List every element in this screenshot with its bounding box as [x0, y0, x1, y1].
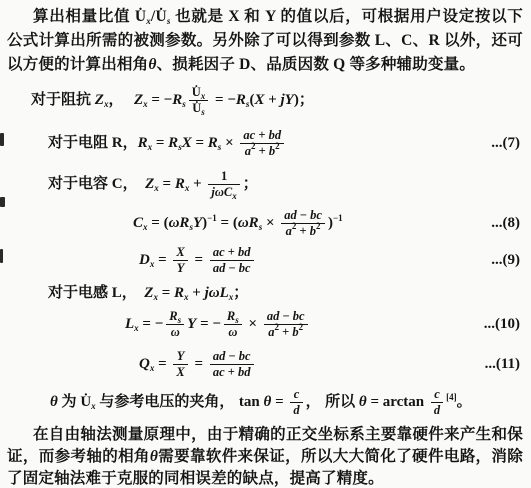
equation-8-row: Cx = (ωRsY)−1 = (ωRs × ad − bca2 + b2)−1…	[7, 205, 523, 241]
text-run: bc	[310, 208, 322, 222]
text-run: Z	[134, 91, 143, 107]
fraction-denominator: d	[431, 402, 443, 418]
superscript: 2	[316, 221, 321, 231]
subscript: x	[232, 191, 237, 201]
text-run: U̇	[192, 85, 201, 99]
text-run: 为	[58, 393, 81, 409]
fraction-numerator: X	[173, 245, 187, 260]
text-run: 对于电阻 R，	[48, 134, 138, 150]
equation-7-row: 对于电阻 R，Rx = RsX = Rs × ac + bda2 + b2 ..…	[7, 123, 523, 163]
intro-paragraph: 算出相量比值 U̇x/U̇s 也就是 X 和 Y 的值以后，可根据用户设定按以下…	[7, 5, 523, 77]
text-run: D	[139, 251, 150, 267]
fraction: ad − bcac + bd	[210, 349, 254, 380]
fraction-denominator: ω	[166, 324, 184, 340]
text-run: =	[271, 393, 287, 409]
text-run: U̇	[155, 8, 166, 25]
text-run: θ	[50, 393, 58, 409]
fraction-denominator: a2 + b2	[240, 143, 284, 159]
text-run: ×	[245, 315, 261, 331]
text-run: X	[182, 134, 192, 150]
text-run: R	[249, 214, 259, 230]
text-run: 与参考电压的夹角，	[96, 393, 235, 409]
equation-10-row: Lx = −RsωY = −Rsω × ad − bca2 + b2 ...(1…	[7, 303, 523, 345]
equation-7-number: ...(7)	[491, 135, 523, 152]
capacitance-formula: 对于电容 C，Zx = Rx + 1jωCx；	[48, 169, 258, 200]
text-run: ×	[262, 214, 278, 230]
scan-smudge: ′,	[466, 450, 471, 461]
text-run: c	[434, 387, 440, 401]
fraction-denominator: X	[173, 364, 187, 380]
text-run: 、损耗因子 D、品质因数 Q 等多种辅助变量。	[157, 56, 475, 73]
text-run: =	[191, 355, 207, 371]
fraction-denominator: a2 + b2	[281, 223, 325, 239]
text-run: R	[172, 91, 182, 107]
text-run: +	[225, 245, 238, 259]
text-run: U̇	[80, 393, 91, 409]
equation-11-row: Qx = YX = ad − bcac + bd ...(11)	[7, 345, 523, 383]
text-run: θ	[150, 448, 158, 465]
text-run: +	[189, 175, 205, 191]
scan-artifact	[0, 249, 3, 263]
text-run: =	[192, 134, 208, 150]
text-run: Y	[177, 261, 185, 275]
text-run: ad	[284, 208, 297, 222]
text-run: 1	[221, 169, 227, 183]
text-run: jY	[281, 91, 294, 107]
text-run: ad	[267, 309, 280, 323]
text-run: R	[227, 309, 235, 323]
text-run: R	[236, 91, 246, 107]
text-run: R	[168, 134, 178, 150]
text-run: ac	[243, 128, 255, 142]
fraction-denominator: ad − bc	[210, 260, 254, 276]
text-run: +	[189, 285, 205, 301]
text-run: ad	[213, 261, 226, 275]
text-run: +	[225, 365, 238, 379]
text-run: ac	[213, 365, 225, 379]
superscript: −1	[207, 212, 217, 222]
fraction-numerator: ad − bc	[210, 349, 254, 364]
equation-9: Dx = XY = ac + bdad − bc	[139, 245, 257, 276]
text-run: Y	[187, 315, 196, 331]
text-run: bd	[238, 365, 251, 379]
text-run: ω	[238, 214, 249, 230]
equation-7: 对于电阻 R，Rx = RsX = Rs × ac + bda2 + b2	[48, 128, 287, 159]
equation-9-row: Dx = XY = ac + bdad − bc ...(9)	[7, 241, 523, 279]
equation-10-number: ...(10)	[484, 316, 523, 333]
fraction-denominator: Y	[173, 260, 187, 276]
fraction-denominator: ω	[224, 324, 242, 340]
text-run: bc	[239, 349, 251, 363]
text-run: )；	[294, 91, 314, 107]
fraction: ad − bca2 + b2	[281, 208, 325, 239]
text-run: U̇	[135, 8, 146, 25]
text-run: +	[264, 91, 280, 107]
equation-10: Lx = −RsωY = −Rsω × ad − bca2 + b2	[125, 309, 311, 340]
fraction: cd	[431, 387, 443, 418]
equation-9-number: ...(9)	[491, 252, 523, 269]
text-run: +	[255, 128, 268, 142]
text-run: bc	[293, 309, 305, 323]
text-run: = (	[217, 214, 238, 230]
fraction-denominator: ac + bd	[210, 364, 254, 380]
document-page: ′, 算出相量比值 U̇x/U̇s 也就是 X 和 Y 的值以后，可根据用户设定…	[0, 0, 531, 488]
text-run: =	[191, 251, 207, 267]
fraction-numerator: c	[431, 387, 443, 402]
impedance-line: 对于阻抗 Zx，Zx = −RsU̇xU̇s = −Rs(X + jY)；	[7, 77, 523, 123]
text-run: X	[176, 365, 184, 379]
fraction: cd	[290, 387, 302, 418]
text-run: Z	[145, 175, 154, 191]
text-run: bd	[269, 128, 282, 142]
text-run: bc	[239, 261, 251, 275]
text-run: ω	[171, 325, 180, 339]
fraction: XY	[173, 245, 187, 276]
text-run: ad	[213, 349, 226, 363]
text-run: = (	[148, 214, 169, 230]
text-run: −	[225, 349, 238, 363]
fraction-numerator: 1	[208, 169, 239, 184]
closing-paragraph: 在自由轴法测量原理中，由于精确的正交坐标系主要靠硬件来产生和保证，而参考轴的相角…	[7, 424, 523, 488]
inductance-formula: 对于电感 L，Zx = Rx + jωLx；	[48, 281, 248, 302]
text-run: θ	[148, 56, 156, 73]
fraction: 1jωCx	[208, 169, 239, 200]
text-run: tan	[239, 393, 264, 409]
fraction: ac + bda2 + b2	[240, 128, 284, 159]
scan-artifact	[0, 197, 5, 207]
text-run: = −	[211, 91, 236, 107]
text-run: ；	[233, 285, 248, 301]
text-run: = −	[148, 91, 173, 107]
text-run: Q	[139, 355, 150, 371]
text-run: 所以	[325, 393, 359, 409]
text-run: R	[138, 134, 148, 150]
text-run: R	[208, 134, 218, 150]
text-run: R	[179, 214, 189, 230]
text-run: =	[159, 175, 175, 191]
superscript: −1	[333, 212, 343, 222]
fraction-denominator: d	[290, 402, 302, 418]
text-run: X	[254, 91, 264, 107]
text-run: ，	[108, 91, 123, 107]
text-run: U̇	[192, 101, 201, 115]
text-run: R	[175, 175, 185, 191]
text-run: ac	[213, 245, 225, 259]
equation-11: Qx = YX = ad − bcac + bd	[139, 349, 257, 380]
text-run: R	[169, 309, 177, 323]
fraction: Rsω	[166, 309, 184, 340]
fraction-numerator: c	[290, 387, 302, 402]
text-run: = −	[196, 315, 221, 331]
capacitance-line: 对于电容 C，Zx = Rx + 1jωCx；	[7, 163, 523, 205]
text-run: 算出相量比值	[33, 8, 135, 25]
text-run: Z	[95, 91, 104, 107]
text-run: +	[279, 325, 292, 339]
text-run: 对于电容 C，	[48, 175, 138, 191]
text-run: ω	[228, 325, 237, 339]
equation-11-number: ...(11)	[485, 356, 523, 373]
fraction: Rsω	[224, 309, 242, 340]
text-run: jω	[205, 285, 220, 301]
fraction-denominator: jωCx	[208, 184, 239, 200]
fraction-numerator: ac + bd	[210, 245, 254, 260]
fraction-numerator: Rs	[166, 309, 184, 324]
text-run: ；	[243, 175, 258, 191]
text-run: Y	[177, 349, 185, 363]
text-run: =	[154, 355, 170, 371]
text-run: −	[297, 208, 310, 222]
text-run: = arctan	[367, 393, 428, 409]
equation-8-number: ...(8)	[491, 215, 523, 232]
text-run: −	[279, 309, 292, 323]
text-run: bd	[238, 245, 251, 259]
text-run: X	[176, 245, 184, 259]
superscript: 2	[299, 322, 304, 332]
scan-artifact	[0, 133, 4, 146]
text-run: ，	[306, 393, 321, 409]
text-run: C	[224, 185, 232, 199]
text-run: ω	[169, 214, 180, 230]
text-run: Y	[193, 214, 202, 230]
text-run: d	[434, 403, 440, 417]
text-run: jω	[211, 185, 224, 199]
text-run: θ	[359, 393, 367, 409]
fraction: U̇xU̇s	[189, 85, 209, 116]
inductance-line: 对于电感 L，Zx = Rx + jωLx；	[7, 279, 523, 303]
subscript: s	[201, 107, 205, 117]
text-run: −	[225, 261, 238, 275]
equation-8: Cx = (ωRsY)−1 = (ωRs × ad − bca2 + b2)−1	[133, 208, 343, 239]
fraction-denominator: a2 + b2	[264, 324, 308, 340]
text-run: 对于阻抗	[31, 91, 95, 107]
theta-formula: θ 为 U̇x 与参考电压的夹角，tan θ = cd，所以 θ = arcta…	[50, 387, 472, 418]
text-run: L	[125, 315, 134, 331]
fraction-denominator: U̇s	[189, 100, 209, 116]
text-run: d	[293, 403, 299, 417]
text-run: 对于电感 L，	[48, 285, 137, 301]
impedance-formula: 对于阻抗 Zx，Zx = −RsU̇xU̇s = −Rs(X + jY)；	[31, 85, 314, 116]
text-run: 。	[457, 393, 472, 409]
text-run: ×	[221, 134, 237, 150]
text-run: =	[154, 251, 170, 267]
text-run: =	[152, 134, 168, 150]
text-run: =	[158, 285, 174, 301]
theta-line: θ 为 U̇x 与参考电压的夹角，tan θ = cd，所以 θ = arcta…	[7, 383, 523, 421]
fraction: ad − bca2 + b2	[264, 309, 308, 340]
text-run: +	[256, 144, 269, 158]
fraction: YX	[173, 349, 187, 380]
text-run: = −	[139, 315, 164, 331]
subscript: s	[182, 98, 186, 108]
fraction-numerator: Rs	[224, 309, 242, 324]
superscript: [4]	[446, 391, 457, 401]
text-run: C	[133, 214, 143, 230]
text-run: L	[220, 285, 229, 301]
superscript: 2	[275, 141, 280, 151]
fraction-numerator: Y	[173, 349, 187, 364]
fraction: ac + bdad − bc	[210, 245, 254, 276]
fraction-numerator: U̇x	[189, 85, 209, 100]
text-run: c	[294, 387, 300, 401]
text-run: R	[174, 285, 184, 301]
text-run: +	[296, 224, 309, 238]
